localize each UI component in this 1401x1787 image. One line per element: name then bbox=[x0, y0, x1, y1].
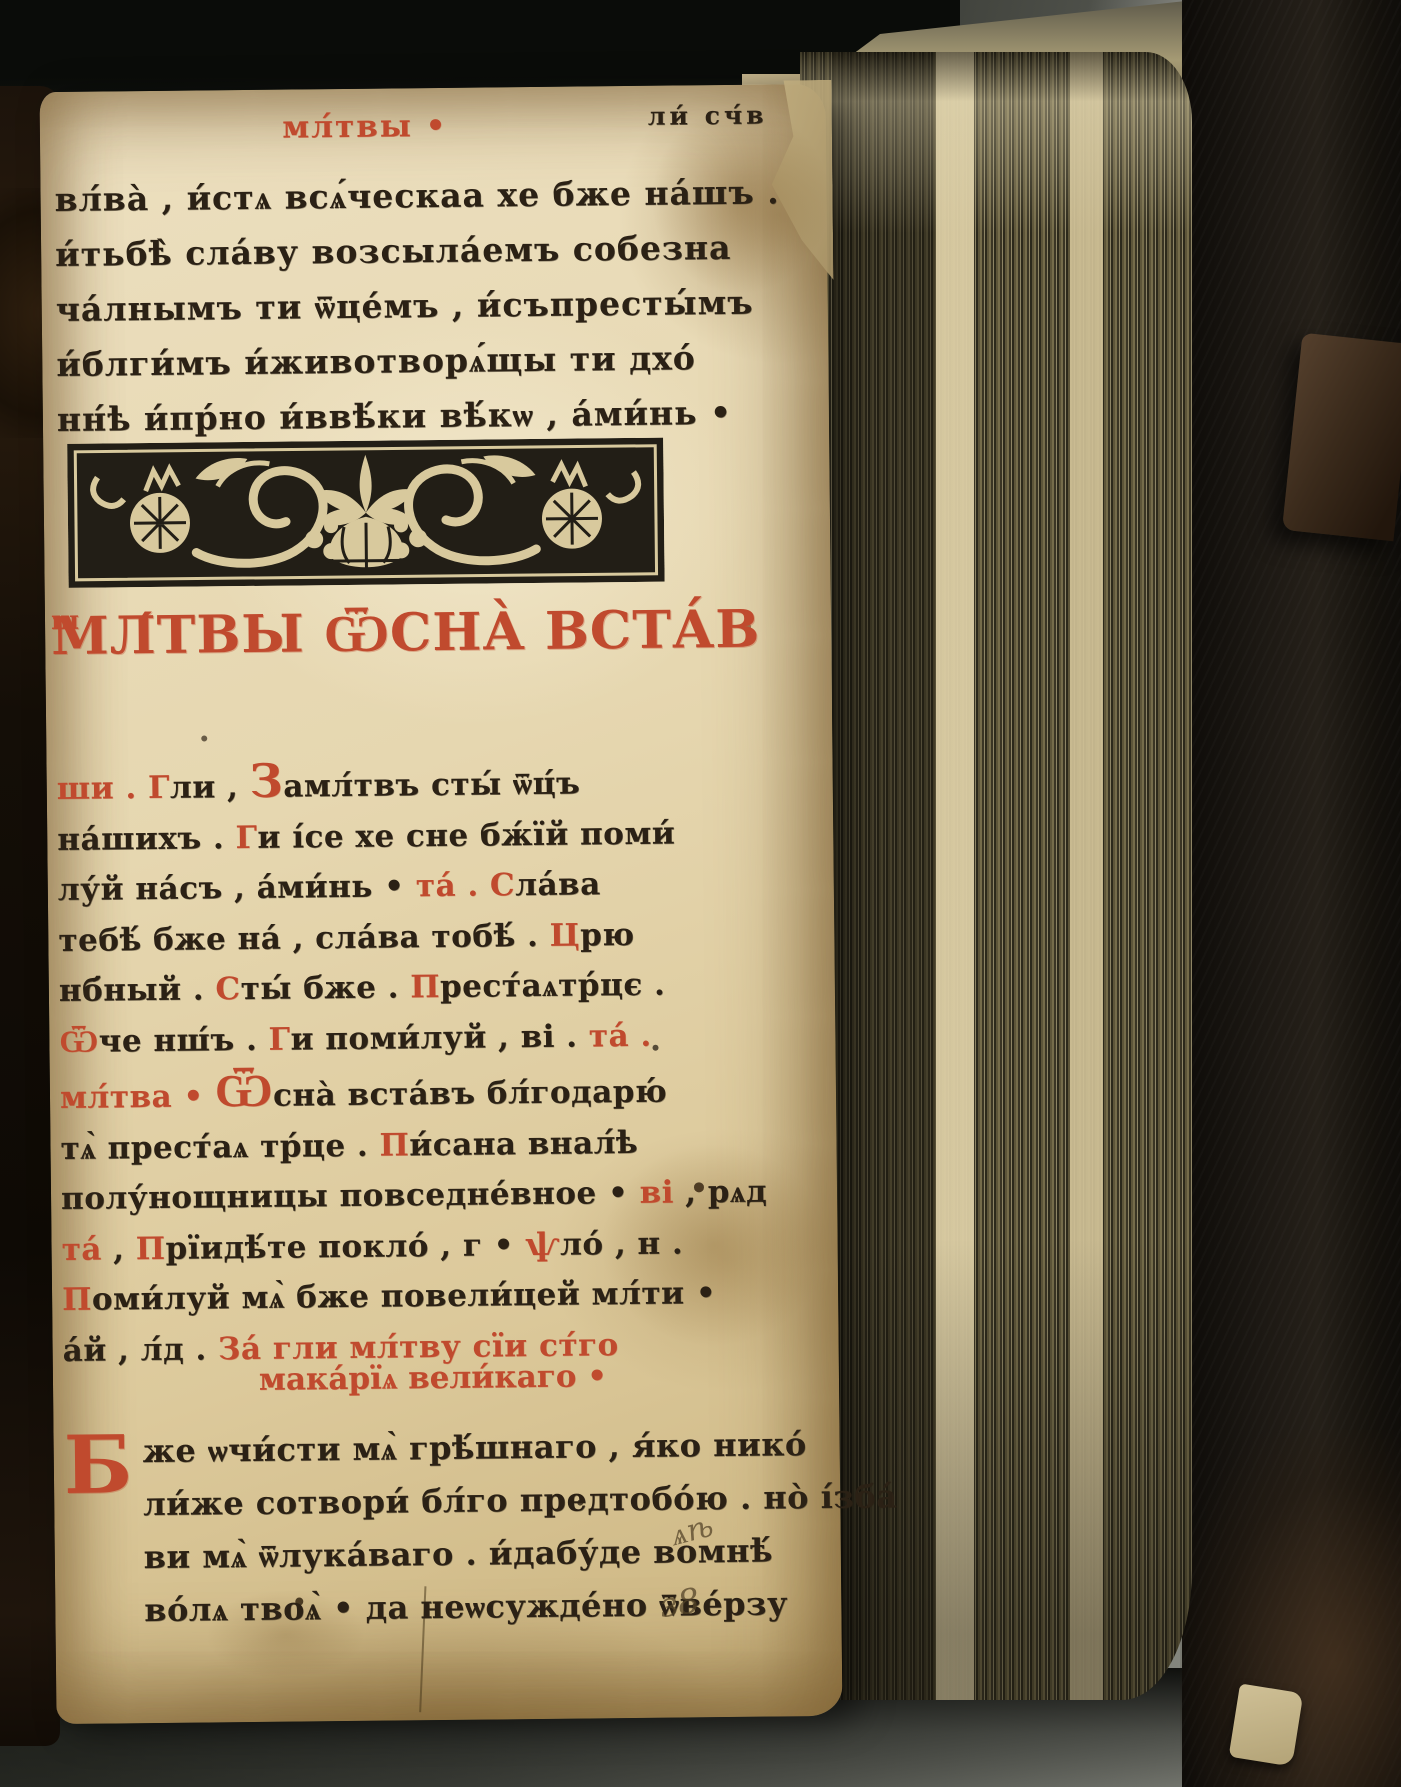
text-line: вл́ва̀ , и́стѧ всѧ́ческаа хе бже на́шъ . bbox=[54, 165, 735, 227]
red-ink-text: та́ bbox=[61, 1231, 102, 1267]
black-ink-text: че нш́ъ . bbox=[98, 1021, 268, 1059]
red-ink-text: П bbox=[410, 969, 440, 1005]
prayer-body-text: ши . Гли , Замл́твъ сты́ ѿц́ъна́шихъ . Г… bbox=[56, 751, 752, 1376]
text-line: ли́же сотвори́ бл́го предтобо́ю . но̀ і́… bbox=[143, 1470, 898, 1531]
black-ink-text: ли , bbox=[170, 769, 250, 806]
black-ink-text: , рѧд bbox=[674, 1174, 768, 1211]
running-title: мл́твы • bbox=[200, 107, 530, 146]
text-line: и́блги́мъ и́животворѧ́щы ти дхо́ bbox=[56, 330, 737, 392]
text-line: ча́лнымъ ти ѿце́мъ , и́съпресты́мъ bbox=[55, 275, 736, 337]
black-ink-text: , bbox=[102, 1231, 136, 1267]
leather-clasp-strap bbox=[1282, 333, 1401, 542]
text-line: на́шихъ . Ги і́се хе сне бж́їй поми́ bbox=[57, 807, 747, 865]
black-ink-text: на́шихъ . bbox=[57, 820, 236, 858]
red-ink-text: Ѿ bbox=[215, 1063, 274, 1118]
text-line: ви мѧ̀ ѿлука́ваго . и́дабу́де вомнѣ́ bbox=[143, 1523, 898, 1584]
black-ink-text: тѧ̀ прест́аѧ тр́це . bbox=[60, 1127, 379, 1166]
black-ink-text: и́сана внал́ѣ bbox=[409, 1124, 638, 1162]
text-line: Ѿче нш́ъ . Ги поми́луй , ві . та́ . bbox=[59, 1009, 749, 1067]
text-line: тебѣ́ бже на́ , сла́ва тобѣ́ . Црю bbox=[58, 908, 748, 966]
black-ink-text: оми́луй мѧ̀ бже повели́цей мл́ти • bbox=[92, 1275, 717, 1318]
text-line: лу́й на́съ , а́ми́нь • та́ . Сла́ва bbox=[58, 858, 748, 916]
black-ink-text: сна̀ вста́въ бл́годарю́ bbox=[273, 1074, 668, 1114]
red-ink-text: та́ . bbox=[589, 1017, 652, 1054]
text-line: та́ , Прїидѣ́те покло́ , г • ѱло́ , н . bbox=[61, 1217, 751, 1275]
black-ink-text: тебѣ́ бже на́ , сла́ва тобѣ́ . bbox=[58, 917, 550, 958]
red-ink-text: Ц bbox=[549, 917, 580, 953]
red-ink-text: ві bbox=[639, 1175, 674, 1211]
red-ink-text: ши . bbox=[57, 770, 137, 807]
drop-cap-initial: Б bbox=[63, 1427, 133, 1502]
text-line: тѧ̀ прест́аѧ тр́це . Пи́сана внал́ѣ bbox=[60, 1116, 750, 1174]
text-line: и́тьбѣ̀ сла́ву возсыла́емъ собезна bbox=[55, 220, 736, 282]
text-line: во́лѧ твоѧ̀ • да неѡсужде́но ѿве́рзу bbox=[144, 1576, 899, 1637]
black-ink-text: лу́й на́съ , а́ми́нь • bbox=[58, 868, 416, 908]
red-ink-text: та́ . bbox=[416, 868, 479, 905]
red-ink-text: С bbox=[490, 867, 516, 903]
section-heading-text: МЛ́ТВЫ ѾСНА̀ ВСТА́В bbox=[51, 599, 761, 667]
black-ink-text: амл́твъ сты́ ѿц́ъ bbox=[283, 766, 580, 805]
book-page: мл́твы • ли́ сч́в вл́ва̀ , и́стѧ всѧ́чес… bbox=[39, 84, 842, 1724]
black-ink-text: рїидѣ́те покло́ , г • bbox=[165, 1227, 525, 1267]
red-ink-text: Г bbox=[235, 819, 257, 855]
red-ink-text: С bbox=[215, 971, 241, 1007]
red-ink-text: Г bbox=[268, 1021, 290, 1057]
opening-paragraph: вл́ва̀ , и́стѧ всѧ́ческаа хе бже на́шъ .… bbox=[54, 165, 737, 447]
black-ink-text: и і́се хе сне бж́їй поми́ bbox=[257, 815, 675, 855]
red-ink-text: П bbox=[62, 1282, 92, 1318]
black-ink-text: ло́ , н . bbox=[560, 1225, 684, 1262]
text-line: Поми́луй мѧ̀ бже повели́цей мл́ти • bbox=[62, 1268, 752, 1326]
handwriting-mark: з8 bbox=[657, 1581, 703, 1627]
rubric-line: мака́рїѧ вели́каго • bbox=[163, 1357, 703, 1399]
book-scan-photo: мл́твы • ли́ сч́в вл́ва̀ , и́стѧ всѧ́чес… bbox=[0, 0, 1401, 1787]
black-ink-text: нб́ный . bbox=[59, 971, 216, 1009]
text-line: нб́ный . Сты́ бже . Прест́аѧтр́цє . bbox=[59, 959, 749, 1017]
ink-specks bbox=[39, 92, 43, 96]
red-ink-text: П bbox=[379, 1127, 409, 1163]
black-ink-text: полу́нощницы повседне́вное • bbox=[61, 1175, 640, 1217]
closing-paragraph: Б же ѡчи́сти мѧ̀ грѣ́шнаго , я́ко нико́л… bbox=[63, 1419, 764, 1502]
black-ink-text: ла́ва bbox=[515, 866, 601, 903]
closing-paragraph-lines: же ѡчи́сти мѧ̀ грѣ́шнаго , я́ко нико́ли́… bbox=[142, 1417, 898, 1637]
text-line: же ѡчи́сти мѧ̀ грѣ́шнаго , я́ко нико́ bbox=[142, 1417, 897, 1478]
red-ink-text: П bbox=[136, 1230, 166, 1266]
text-line: полу́нощницы повседне́вное • ві , рѧд bbox=[61, 1167, 751, 1225]
black-ink-text bbox=[478, 867, 490, 903]
text-line: ши . Гли , Замл́твъ сты́ ѿц́ъ bbox=[56, 751, 747, 815]
red-ink-text: Г bbox=[148, 770, 170, 806]
black-ink-text: ты́ бже . bbox=[240, 969, 410, 1007]
red-ink-text: З bbox=[249, 754, 283, 808]
black-ink-text: рест́аѧтр́цє . bbox=[440, 967, 666, 1005]
red-ink-text: ѱ bbox=[525, 1226, 560, 1262]
black-ink-text bbox=[136, 770, 148, 806]
folio-number: ли́ сч́в bbox=[648, 101, 768, 131]
red-ink-text: Ѿ bbox=[59, 1023, 99, 1059]
black-ink-text: и поми́луй , ві . bbox=[290, 1018, 589, 1057]
section-heading: МЛ́ТВЫ ѾСНА̀ ВСТА́Вш bbox=[51, 599, 742, 670]
text-line: мл́тва • Ѿсна̀ вста́въ бл́годарю́ bbox=[60, 1060, 751, 1124]
black-ink-text: рю bbox=[580, 916, 635, 953]
red-ink-text: мл́тва • bbox=[60, 1078, 215, 1116]
loose-paper-tab bbox=[1229, 1683, 1304, 1766]
woodcut-headpiece-ornament bbox=[67, 438, 664, 588]
